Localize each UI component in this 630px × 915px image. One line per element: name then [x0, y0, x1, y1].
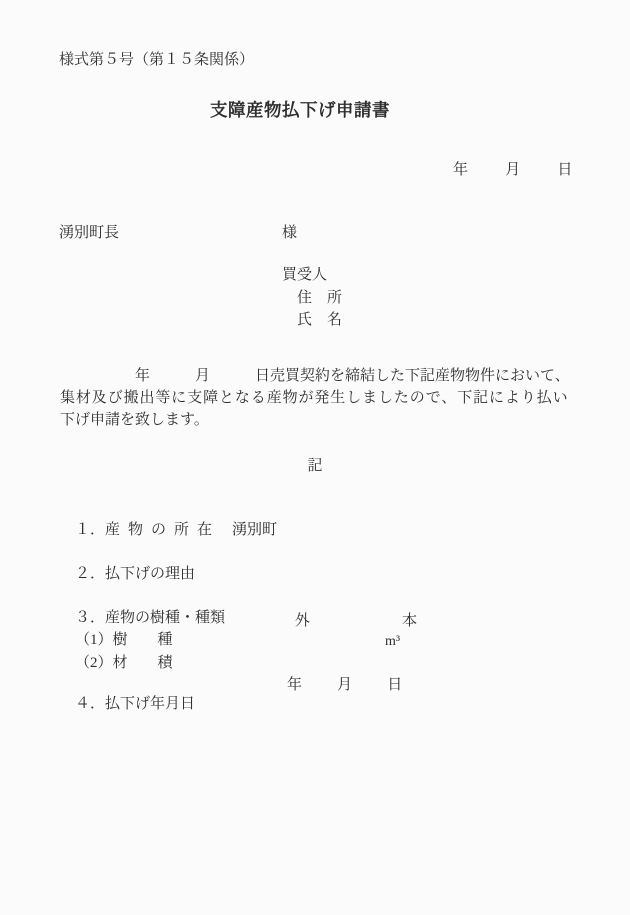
item-3-2-number: （2）: [75, 655, 113, 671]
item-2-label: 払下げの理由: [105, 566, 195, 582]
form-number: 様式第５号（第１５条関係）: [59, 51, 254, 70]
document-title: 支障産物払下げ申請書: [0, 100, 600, 122]
applicant-address-label: 住 所: [297, 289, 342, 308]
item-1-label: 産物の所在: [105, 522, 220, 538]
document-page: 様式第５号（第１５条関係） 支障産物払下げ申請書 年 月 日 湧別町長 様 買受…: [0, 0, 630, 915]
item-3-1-other-label: 外: [295, 612, 310, 631]
item-4-sale-date: ４．払下げ年月日: [60, 676, 195, 732]
addressee-honorific: 様: [282, 224, 297, 243]
item-1-number: １．: [75, 522, 105, 538]
item-3-1-count-unit: 本: [402, 612, 417, 631]
item-2-number: ２．: [75, 566, 105, 582]
body-paragraph-line-3: 下げ申請を致します。: [60, 411, 209, 430]
item-4-date-line: 年 月 日: [287, 676, 404, 695]
item-3-2-volume-unit: m³: [385, 633, 400, 651]
addressee-name: 湧別町長: [59, 224, 119, 243]
item-1-value: 湧別町: [232, 522, 277, 538]
applicant-name-label: 氏 名: [297, 311, 342, 330]
record-marker: 記: [0, 457, 630, 476]
body-paragraph-line-1: 年 月 日売買契約を締結した下記産物物件において、: [60, 367, 570, 386]
applicant-role-label: 買受人: [282, 266, 327, 285]
item-4-label: 払下げ年月日: [105, 696, 195, 712]
body-paragraph-line-2: 集材及び搬出等に支障となる産物が発生しましたので、下記により払い: [60, 389, 569, 408]
item-3-2-label: 材 積: [113, 655, 173, 671]
item-4-number: ４．: [75, 696, 105, 712]
application-date-line: 年 月 日: [453, 161, 575, 180]
